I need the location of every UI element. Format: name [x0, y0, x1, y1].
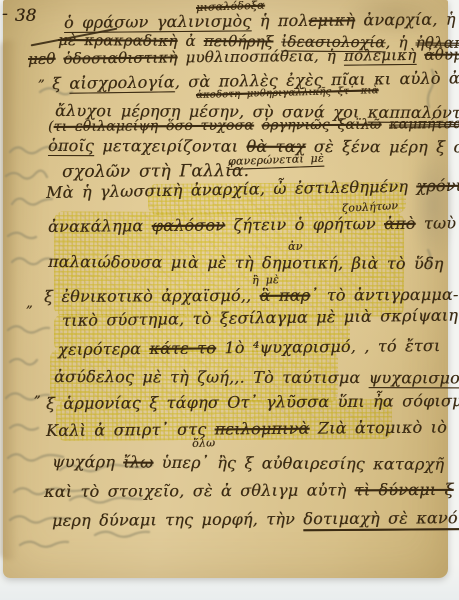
- struck-text: ἃ παρ: [260, 286, 311, 305]
- handwritten-text: [254, 118, 262, 134]
- struck-text: φαλόσον: [152, 215, 226, 235]
- page-number: -38: [2, 6, 36, 26]
- manuscript-scan: -38 μισαλόδοξαὁ φράσων γαλινισμὸς ἡ πολε…: [0, 0, 459, 600]
- handwritten-text: 1ὸ ⁴ψυχαρισμό, , τό ἔτσι: [216, 336, 441, 357]
- handwritten-text: καὶ τὸ στοιχεῖο, σὲ ἀ σθλιγμ αὐτὴ: [44, 480, 355, 501]
- handwritten-text: μεταχειρίζονται: [94, 136, 246, 156]
- handwritten-text: ξ: [52, 74, 70, 93]
- handwritten-text: σχολῶν στὴ Γαλλία.: [62, 161, 249, 182]
- page-number-dash: -: [2, 4, 8, 24]
- handwritten-text: παλαιώδουσα μιὰ μὲ τὴ δημοτική, βιὰ τὸ ὕ…: [48, 252, 444, 273]
- handwritten-text: τῶν δυό-: [453, 479, 459, 498]
- handwritten-text: ψυχάρη: [52, 452, 123, 471]
- handwritten-line: παλαιώδουσα μιὰ μὲ τὴ δημοτική, βιὰ τὸ ὕ…: [48, 252, 444, 273]
- handwritten-text: Καλὶ ἀ σπιρτ᾽ στς: [46, 420, 215, 440]
- underlined-text: ψυχαρισμοῦ: [369, 368, 459, 387]
- handwritten-text: „: [26, 296, 33, 311]
- handwritten-text: ξ ἁρμονίας ξ τάφησ Οτ᾽ γλῦσσα ὕπι ἦα σόφ…: [46, 391, 459, 413]
- handwritten-line: Καλὶ ἀ σπιρτ᾽ στς πειλομπινὰ Ζιὰ ἀτομικὸ…: [46, 418, 447, 440]
- handwritten-line: χειρότερα κάτε το 1ὸ ⁴ψυχαρισμό, , τό ἔτ…: [58, 336, 441, 359]
- handwritten-text: Ζιὰ ἀτομικὸ ιὸ: [309, 418, 447, 438]
- handwritten-line: (τι εθιλαμείψη ὅσο τυχοσα ὀργηνιῶς ξαϊλῶ…: [48, 116, 459, 135]
- handwritten-line: καὶ τὸ στοιχεῖο, σὲ ἀ σθλιγμ αὐτὴ τὶ δύν…: [44, 479, 459, 501]
- handwritten-text: ἀνακάλημα: [48, 216, 152, 236]
- struck-text: καμπήτσα ὅλα: [389, 116, 459, 133]
- struck-text: μὲ κρακραδικὴ: [58, 31, 178, 50]
- struck-text: ὁδοσιαθιστικὴ: [63, 48, 177, 67]
- struck-text: κάτε το: [149, 338, 216, 358]
- underlined-text: αἰσχρολογία: [69, 72, 175, 92]
- handwritten-line: „: [38, 70, 45, 85]
- underlined-text: ὁποῖς: [48, 136, 94, 155]
- handwritten-line: ἀνακάλημα φαλόσον ζήτειν ὁ φρήτων ἀπὸ τω…: [48, 213, 456, 236]
- handwritten-text: ὑπερ᾽ ἢς ξ αὐθαιρεσίης καταρχῆ: [153, 453, 444, 474]
- handwritten-line: ὅλω: [192, 436, 216, 450]
- underlined-text: ὁ φράσων γαλινισμὸς: [64, 11, 252, 32]
- handwritten-line: ὁ φράσων γαλινισμὸς ἡ πολεμικὴ ἀναρχία, …: [64, 9, 459, 32]
- handwritten-text: ὅλω: [192, 436, 216, 450]
- handwritten-text: ζήτειν ὁ φρήτων: [225, 214, 384, 234]
- handwritten-text: μερη δύναμι της μορφή, τὴν: [52, 509, 303, 530]
- struck-text: ἀπὸ: [384, 214, 416, 233]
- handwritten-text: ἡ πολ: [251, 11, 308, 30]
- handwritten-line: „: [34, 386, 41, 401]
- handwritten-text: ἀν: [288, 240, 303, 253]
- handwritten-text: ἀσύδελος μὲ τὴ ζωή,,. Τὸ ταύτισμα: [54, 367, 369, 387]
- handwritten-text: „: [38, 70, 45, 85]
- handwritten-line: ξ ἁρμονίας ξ τάφησ Οτ᾽ γλῦσσα ὕπι ἦα σόφ…: [46, 391, 459, 413]
- handwritten-text: ἀναρχία, ἡ: [355, 10, 459, 30]
- struck-text: πειλομπινὰ: [215, 419, 310, 439]
- handwritten-line: „: [26, 296, 33, 311]
- struck-text: χρόνια: [416, 176, 459, 196]
- handwritten-text: τωὺ: [415, 213, 456, 232]
- struck-text: ἴλω: [123, 452, 153, 471]
- handwritten-line: ἀν: [288, 240, 303, 253]
- handwritten-text: χειρότερα: [58, 339, 150, 359]
- struck-text: τὶ δύναμι ξ: [355, 480, 454, 500]
- handwritten-line: ψυχάρη ἴλω ὑπερ᾽ ἢς ξ αὐθαιρεσίης καταρχ…: [52, 452, 444, 474]
- handwritten-line: σχολῶν στὴ Γαλλία.: [62, 161, 249, 182]
- handwritten-text: [381, 117, 389, 133]
- handwritten-text: ᾽ τὸ ἀντιγραμμα-: [310, 285, 458, 305]
- struck-text: ὀργηνιῶς ξαϊλῶ: [261, 117, 381, 134]
- struck-text: μεθ: [28, 50, 56, 68]
- handwritten-text: μυθλιποσπάθεια, ἡ: [177, 47, 344, 67]
- handwritten-line: μερη δύναμι της μορφή, τὴν δοτιμαχὴ σὲ κ…: [52, 508, 459, 530]
- handwritten-line: ξ ἐθνικοτικὸ ἀρχαϊσμό,, ἃ παρ᾽ τὸ ἀντιγρ…: [44, 285, 459, 306]
- struck-text: εμικὴ: [309, 10, 356, 29]
- handwritten-text: „: [34, 386, 41, 401]
- underlined-text: πολεμικὴ: [344, 46, 417, 65]
- handwritten-text: σὲ ξένα μέρη ξ σὲ: [305, 137, 459, 157]
- underlined-text: δοτιμαχὴ σὲ κανόνες.: [303, 508, 459, 528]
- handwritten-text: ξ ἐθνικοτικὸ ἀρχαϊσμό,,: [44, 286, 260, 306]
- page-number-value: 38: [15, 6, 37, 26]
- handwritten-line: ἀσύδελος μὲ τὴ ζωή,,. Τὸ ταύτισμα ψυχαρι…: [54, 367, 459, 387]
- struck-text: τι εθιλαμείψη ὅσο τυχοσα: [54, 118, 254, 135]
- struck-text: ἀθυμία: [424, 45, 459, 64]
